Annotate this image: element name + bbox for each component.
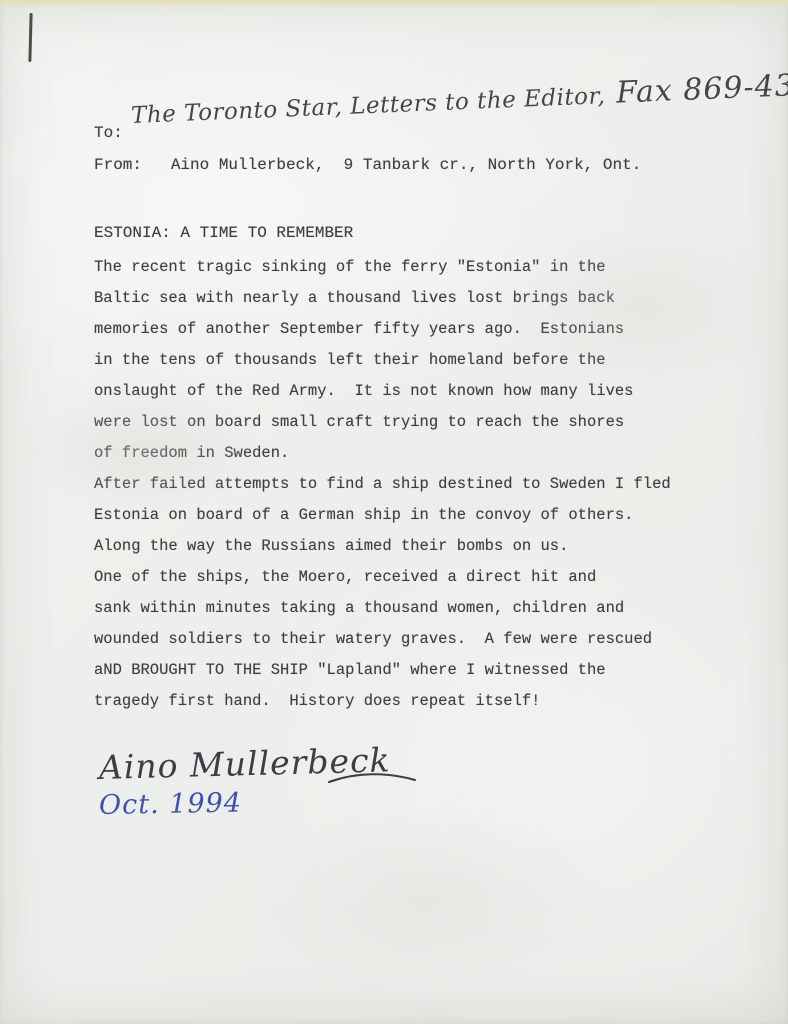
to-handwritten-line: The Toronto Star, Letters to the Editor,…	[130, 69, 771, 131]
to-recipient-handwritten: The Toronto Star, Letters to the Editor,	[131, 83, 606, 129]
signature-block: Aino Mullerbeck Oct. 1994	[99, 748, 391, 821]
scanned-letter-page: To: The Toronto Star, Letters to the Edi…	[0, 0, 788, 1024]
pen-mark	[28, 13, 32, 62]
from-line: From: Aino Mullerbeck, 9 Tanbark cr., No…	[94, 156, 641, 174]
letter-body: The recent tragic sinking of the ferry "…	[94, 252, 744, 717]
letter-title: ESTONIA: A TIME TO REMEMBER	[94, 224, 353, 242]
signature-date: Oct. 1994	[99, 785, 391, 821]
signature-flourish	[327, 770, 417, 786]
to-label: To:	[94, 124, 123, 142]
to-fax-number-handwritten: Fax 869-4322	[615, 67, 788, 111]
